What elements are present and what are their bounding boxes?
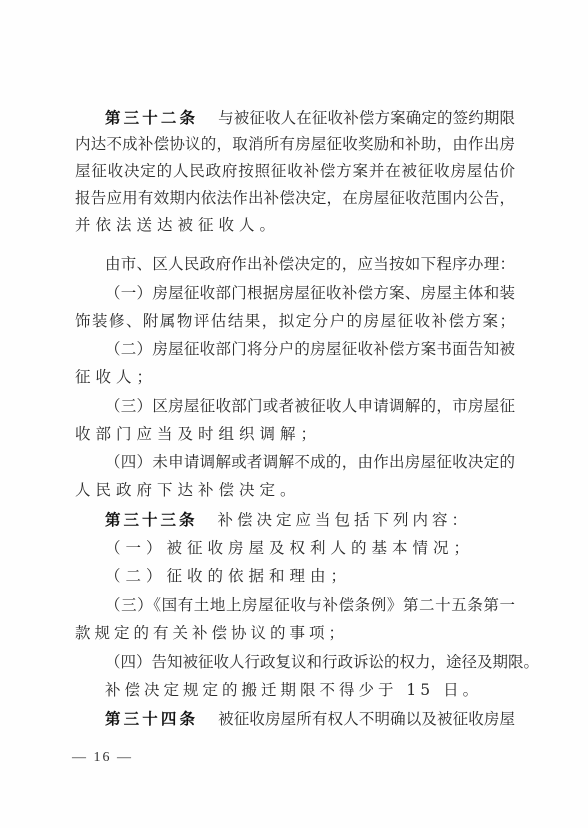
text-line: （二）房屋征收部门将分户的房屋征收补偿方案书面告知被 <box>105 336 515 363</box>
text-line: （四）告知被征收人行政复议和行政诉讼的权力，途径及期限。 <box>105 649 520 676</box>
text-line: 款规定的有关补偿协议的事项； <box>75 620 515 647</box>
text-line: 征收人； <box>75 364 515 391</box>
text-line: 第三十四条被征收房屋所有权人不明确以及被征收房屋 <box>105 705 515 732</box>
text-line: （三）区房屋征收部门或者被征收人申请调解的，市房屋征 <box>105 393 515 420</box>
text-line: 屋征收决定的人民政府按照征收补偿方案并在被征收房屋估价 <box>75 158 515 185</box>
text-line: 第三十二条与被征收人在征收补偿方案确定的签约期限 <box>105 104 515 131</box>
text-line: （三）《国有土地上房屋征收与补偿条例》第二十五条第一 <box>105 592 515 619</box>
text-line: 人民政府下达补偿决定。 <box>75 477 515 504</box>
text-line: （一）房屋征收部门根据房屋征收补偿方案、房屋主体和装 <box>105 280 515 307</box>
text-line: （一）被征收房屋及权利人的基本情况； <box>105 535 515 562</box>
text-line: 由市、区人民政府作出补偿决定的，应当按如下程序办理： <box>105 251 515 278</box>
article-heading: 第三十三条 <box>105 510 198 529</box>
text-line: （四）未申请调解或者调解不成的，由作出房屋征收决定的 <box>105 449 515 476</box>
text-line: 饰装修、附属物评估结果，拟定分户的房屋征收补偿方案； <box>75 308 515 335</box>
text-line: （二）征收的依据和理由； <box>105 563 515 590</box>
text-line: 内达不成补偿协议的，取消所有房屋征收奖励和补助，由作出房 <box>75 131 515 158</box>
article-heading: 第三十四条 <box>105 709 198 728</box>
text-line: 补偿决定规定的搬迁期限不得少于 15 日。 <box>105 677 515 704</box>
page-number: — 16 — <box>72 750 133 766</box>
text-line: 第三十三条补偿决定应当包括下列内容： <box>105 506 515 533</box>
text-line: 报告应用有效期内依法作出补偿决定，在房屋征收范围内公告， <box>75 185 515 212</box>
article-heading: 第三十二条 <box>105 108 198 127</box>
text-line: 收部门应当及时组织调解； <box>75 421 515 448</box>
text-line: 并依法送达被征收人。 <box>75 212 515 239</box>
document-page: 第三十二条与被征收人在征收补偿方案确定的签约期限 内达不成补偿协议的，取消所有房… <box>0 0 588 828</box>
